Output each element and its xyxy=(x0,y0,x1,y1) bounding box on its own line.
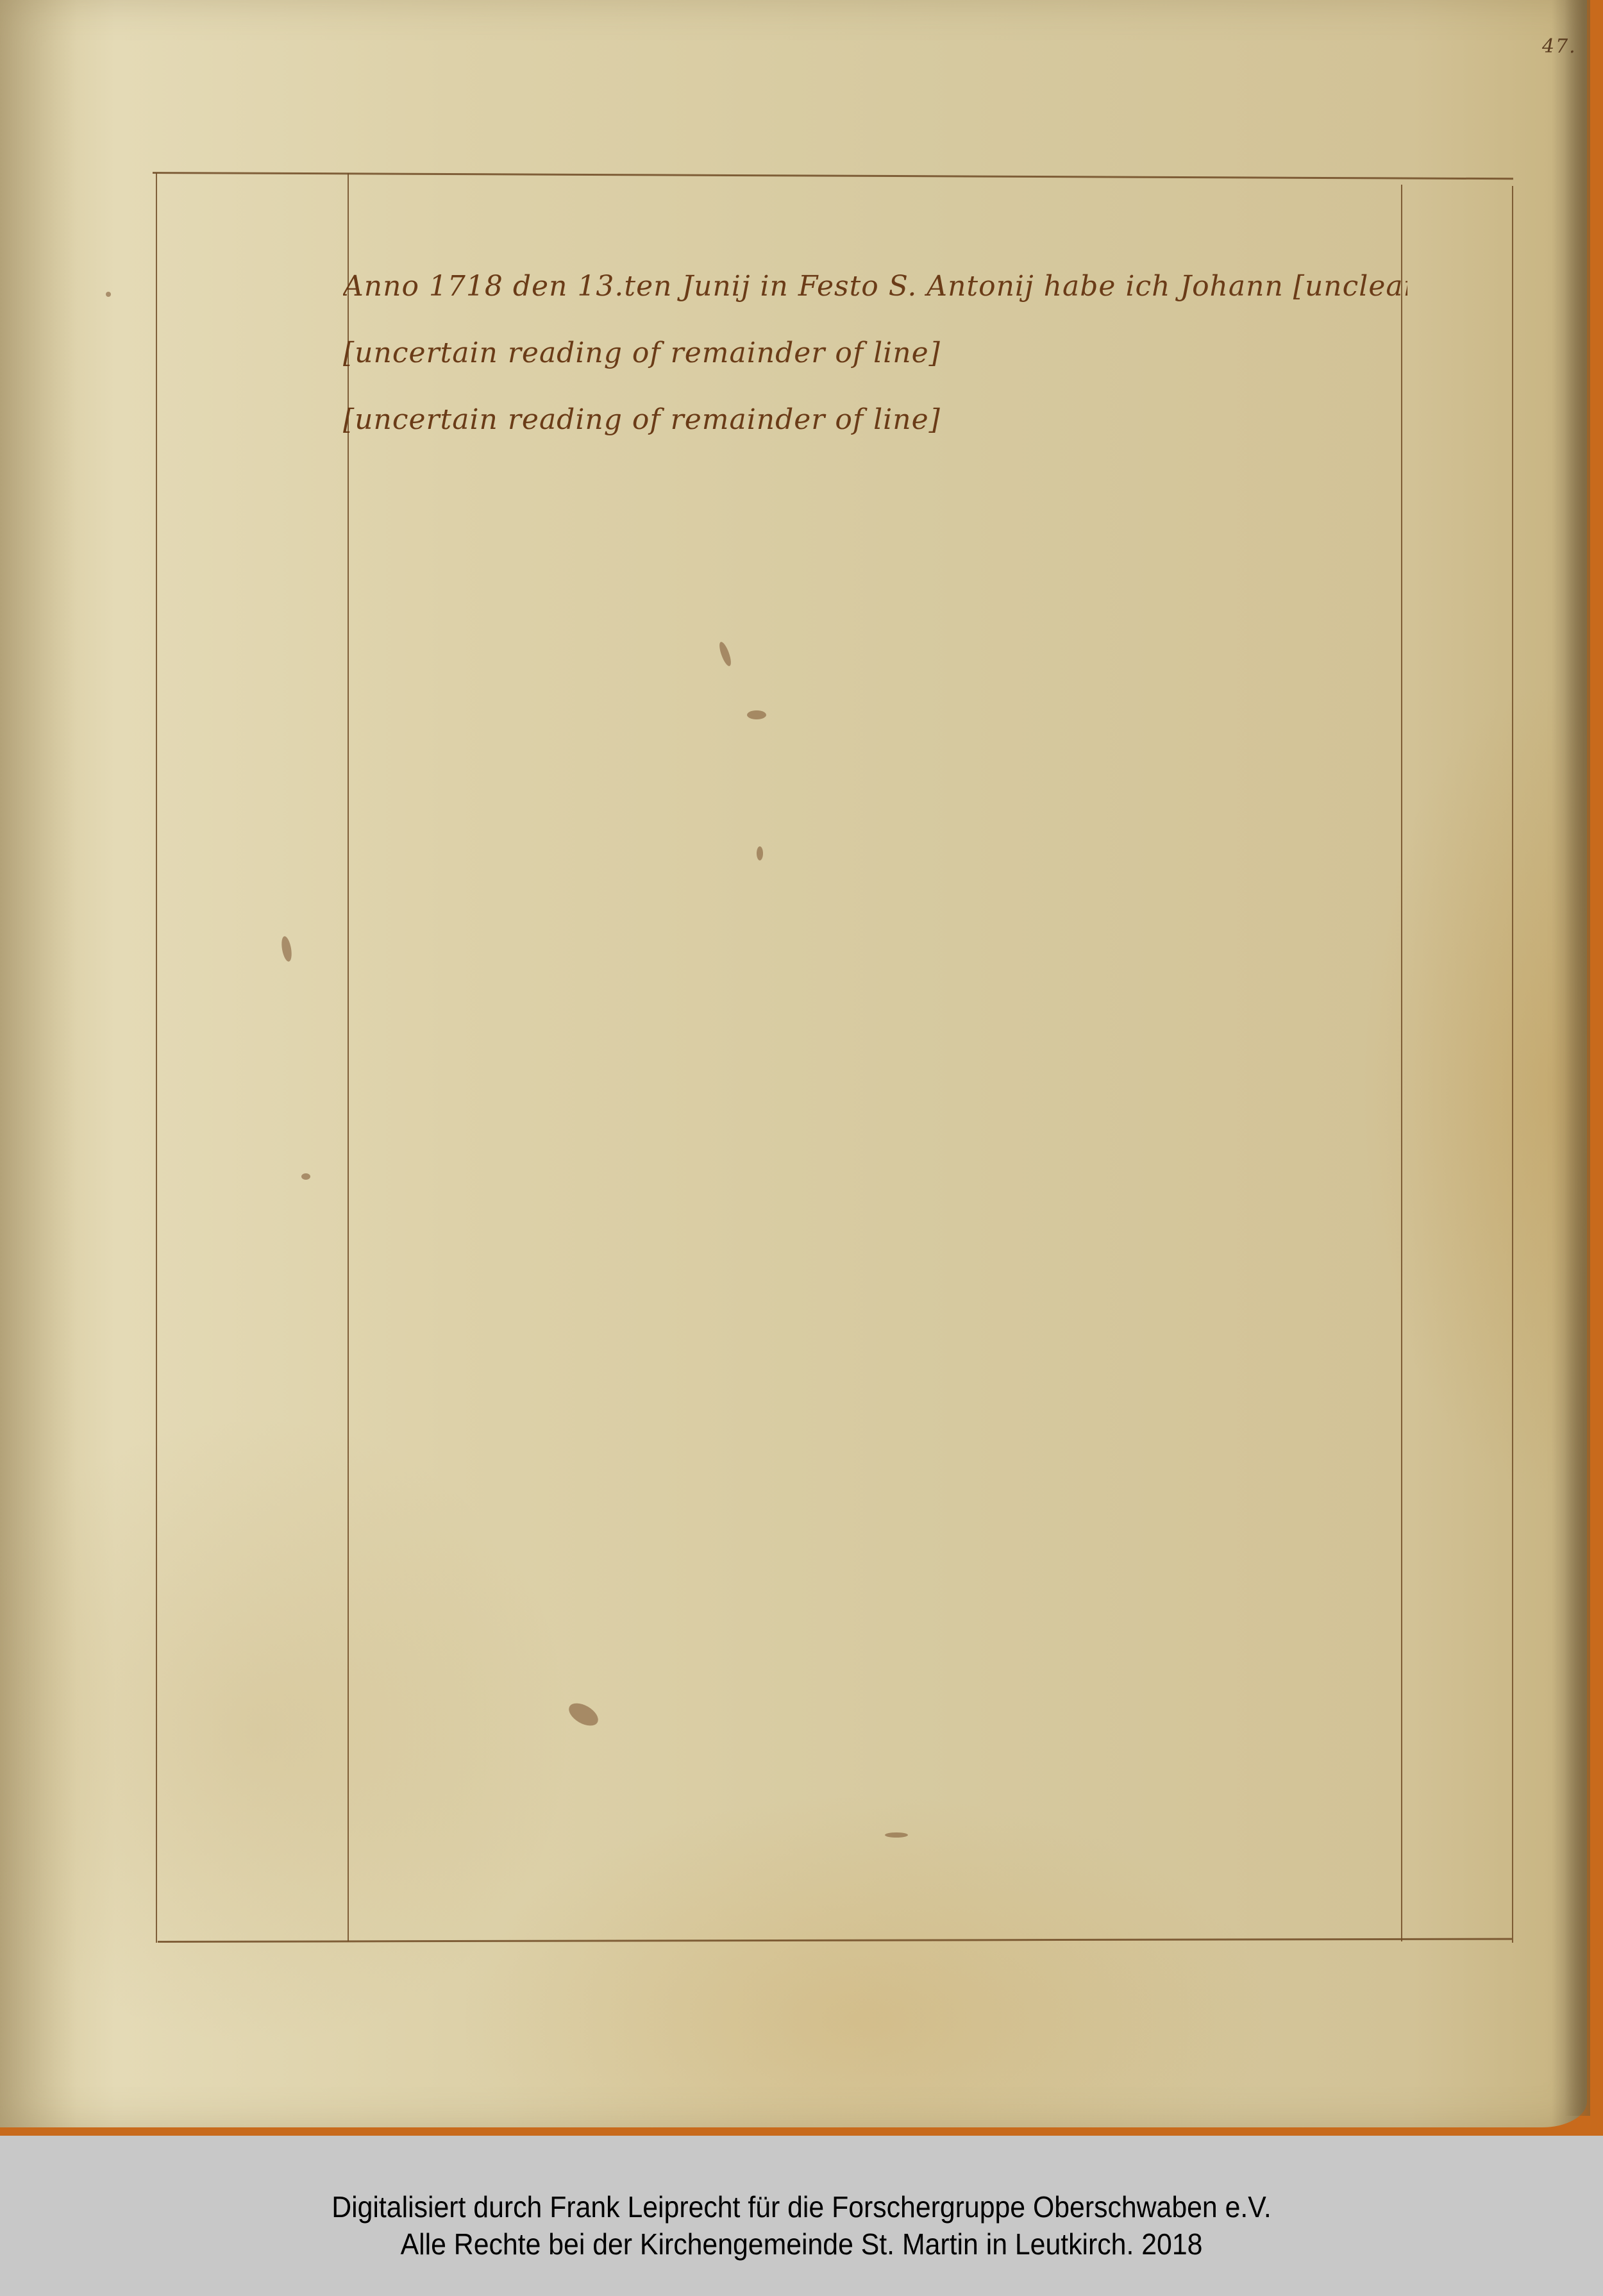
ink-spot xyxy=(565,1698,601,1730)
frame-right-rule xyxy=(1512,186,1513,1943)
ink-spot xyxy=(106,292,111,297)
footer-credit-line: Digitalisiert durch Frank Leiprecht für … xyxy=(56,2188,1547,2225)
page-edge-shadow xyxy=(1565,0,1590,2116)
ink-spot xyxy=(301,1173,310,1180)
frame-bottom-rule xyxy=(158,1938,1512,1943)
ink-spot xyxy=(757,846,763,860)
ink-spot xyxy=(718,641,734,667)
manuscript-scan: 47. Anno 1718 den 13.ten Junij in Festo … xyxy=(0,0,1603,2136)
ink-spot xyxy=(280,935,294,962)
spine-shadow xyxy=(0,0,77,2127)
handwriting-line-1: Anno 1718 den 13.ten Junij in Festo S. A… xyxy=(343,253,1407,320)
digitization-credit-footer: Digitalisiert durch Frank Leiprecht für … xyxy=(0,2136,1603,2296)
page-number: 47. xyxy=(1542,35,1577,58)
frame-left-rule xyxy=(156,173,157,1943)
handwriting-line-2: [uncertain reading of remainder of line] xyxy=(343,320,1407,387)
handwriting-line-3: [uncertain reading of remainder of line] xyxy=(343,387,1407,453)
handwritten-entry: Anno 1718 den 13.ten Junij in Festo S. A… xyxy=(343,253,1407,453)
ink-spot xyxy=(747,710,766,719)
manuscript-page: 47. Anno 1718 den 13.ten Junij in Festo … xyxy=(0,0,1587,2127)
ink-spot xyxy=(885,1832,908,1838)
frame-top-rule xyxy=(153,172,1513,180)
footer-rights-line: Alle Rechte bei der Kirchengemeinde St. … xyxy=(56,2225,1547,2263)
